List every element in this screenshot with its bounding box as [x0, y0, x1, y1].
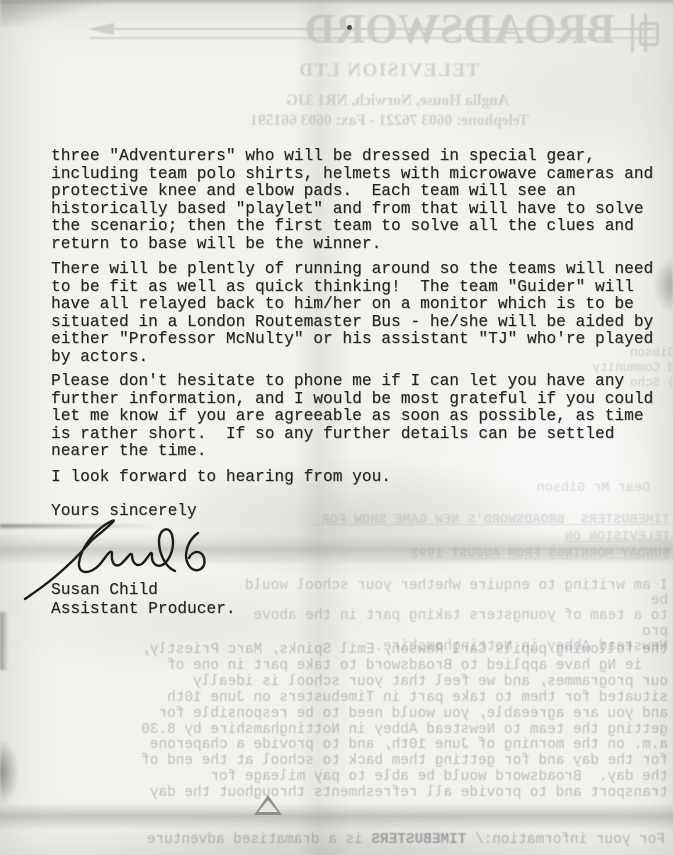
- sword-pommel: [639, 22, 659, 46]
- signatory-name: Susan Child: [51, 582, 158, 600]
- reverse-footer-bleed: For your information:/ TIMEBUSTERS is a …: [10, 833, 665, 849]
- broadsword-logo-bleed: BROADSWORD: [90, 6, 655, 58]
- left-edge-crease: [0, 612, 8, 670]
- footer-bold-word: TIMEBUSTERS: [371, 832, 466, 848]
- signatory-title: Assistant Producer.: [51, 601, 236, 619]
- paper-speck: [347, 25, 352, 30]
- company-name-bleed: TELEVISION LTD: [52, 60, 673, 82]
- paragraph-1: three "Adventurers" who will be dressed …: [51, 148, 653, 254]
- subject-line-bleed: TIMEBUSTERS BROADSWORD'S NEW GAME SHOW F…: [293, 512, 670, 563]
- company-address-bleed: Anglia House, Norwich, NR1 3JG: [61, 92, 673, 110]
- paragraph-2: There will be plently of running around …: [51, 261, 653, 367]
- top-left-shadow: [0, 0, 120, 26]
- footer-pre: For your information:/: [466, 832, 665, 848]
- right-edge-shadow: [655, 258, 673, 312]
- company-phone-bleed: Telephone: 0603 76221 - Fax: 0603 661591: [53, 112, 673, 130]
- salutation-bleed: Dear Mr Gibson: [505, 481, 650, 496]
- paragraph-3: Please don't hesitate to phone me if I c…: [51, 373, 653, 461]
- scanned-letter-page: BROADSWORD TELEVISION LTD Anglia House, …: [0, 0, 673, 855]
- left-edge-shadow: [0, 740, 18, 804]
- mid-fold-crease: [0, 524, 160, 528]
- footer-post: is a dramatised adventure: [147, 832, 372, 848]
- logo-wordmark: BROADSWORD: [118, 6, 615, 54]
- reverse-paragraph-main-bleed: the following pupils Carl Rawson, Emil S…: [8, 643, 668, 802]
- paragraph-4: I look forward to hearing from you.: [51, 469, 391, 487]
